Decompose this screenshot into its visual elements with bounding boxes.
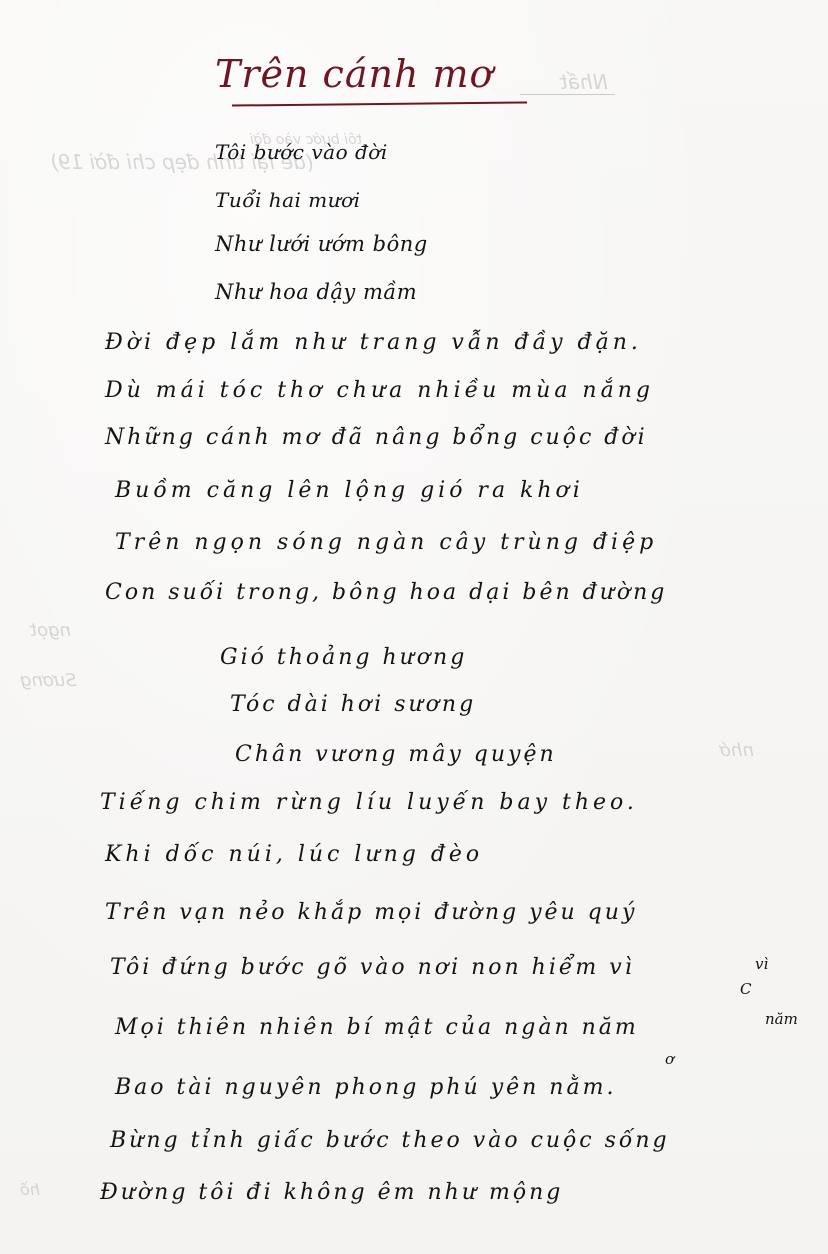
margin-note: vì	[755, 955, 768, 973]
poem-line: Tôi bước vào đời	[215, 140, 388, 164]
poem-line: Bừng tỉnh giấc bước theo vào cuộc sống	[110, 1128, 670, 1153]
poem-line: Con suối trong, bông hoa dại bên đường	[105, 580, 667, 605]
paper-background	[0, 0, 828, 1254]
poem-line: Tóc dài hơi sương	[230, 692, 476, 717]
poem-line: Trên ngọn sóng ngàn cây trùng điệp	[115, 530, 657, 555]
faint-rule	[520, 94, 615, 95]
poem-line: Đường tôi đi không êm như mộng	[100, 1180, 563, 1205]
poem-line: Bao tài nguyên phong phú yên nằm.	[115, 1075, 616, 1100]
poem-line: Dù mái tóc thơ chưa nhiều mùa nắng	[105, 378, 654, 403]
poem-line: Trên vạn nẻo khắp mọi đường yêu quý	[105, 900, 637, 925]
poem-line: Chân vương mây quyện	[235, 742, 557, 767]
poem-line: Như hoa dậy mầm	[215, 280, 417, 304]
poem-line: Khi dốc núi, lúc lưng đèo	[105, 842, 483, 867]
poem-line: Tuổi hai mươi	[215, 188, 361, 212]
poem-line: Gió thoảng hương	[220, 645, 467, 670]
poem-line: Những cánh mơ đã nâng bổng cuộc đời	[105, 425, 648, 450]
poem-line: Tiếng chim rừng líu luyến bay theo.	[100, 790, 638, 815]
poem-line: Tôi đứng bước gõ vào nơi non hiểm vì	[110, 955, 635, 980]
margin-note: ơ	[665, 1050, 674, 1068]
margin-note: C	[740, 980, 751, 998]
margin-note: năm	[765, 1010, 798, 1028]
poem-line: Đời đẹp lắm như trang vẫn đầy đặn.	[105, 330, 642, 355]
poem-line: Mọi thiên nhiên bí mật của ngàn năm	[115, 1015, 639, 1040]
poem-line: Như lưới ướm bông	[215, 232, 428, 256]
poem-title: Trên cánh mơ	[215, 52, 493, 96]
poem-line: Buồm căng lên lộng gió ra khơi	[115, 478, 584, 503]
